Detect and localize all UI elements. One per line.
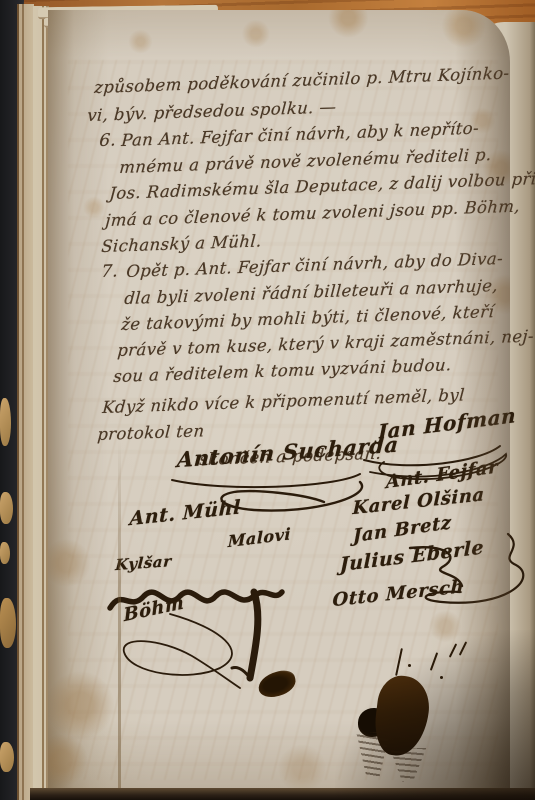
signature: Otto Mersch [332,576,464,611]
binding-tear-patch [0,398,11,446]
manuscript-line: Opět p. Ant. Fejfar činí návrh, aby do D… [126,249,504,281]
book-bottom-edge [30,788,535,800]
manuscript-line: způsobem poděkování zučinilo p. Mtru Koj… [94,64,511,98]
item-number-7: 7. [101,261,119,282]
illegible-bold-signature [104,566,294,684]
binding-tear-patch [0,542,10,564]
manuscript-line: jmá a co členové k tomu zvoleni jsou pp.… [105,197,521,231]
manuscript-page: způsobem poděkování zučinilo p. Mtru Koj… [48,10,510,800]
signature: Ant. Mühl [129,496,241,530]
signature: Karel Olšina [352,484,485,519]
manuscript-line: Sichanský a Mühl. [101,231,263,256]
manuscript-line: Pan Ant. Fejfar činí návrh, aby k nepřít… [121,119,480,151]
signature: Malovi [228,524,292,551]
signature: Kylšar [115,552,173,574]
signature: Antonín Sucharda [176,432,399,473]
page-edge-stack [17,4,34,800]
photo-of-manuscript: způsobem poděkování zučinilo p. Mtru Koj… [0,0,535,800]
item-number-6: 6. [99,130,117,151]
manuscript-line: Když nikdo více k připomenutí neměl, byl [102,385,466,417]
manuscript-line: sou a ředitelem k tomu vyzváni budou. [113,355,453,386]
signature: Böhm [123,592,185,626]
manuscript-line: vi, býv. předsedou spolku. — [87,97,337,125]
page-edge-stack [33,6,49,800]
manuscript-line: protokol ten [97,421,206,444]
binding-tear-patch [0,492,13,524]
binding-tear-patch [0,742,14,772]
binding-tear-patch [0,598,16,648]
